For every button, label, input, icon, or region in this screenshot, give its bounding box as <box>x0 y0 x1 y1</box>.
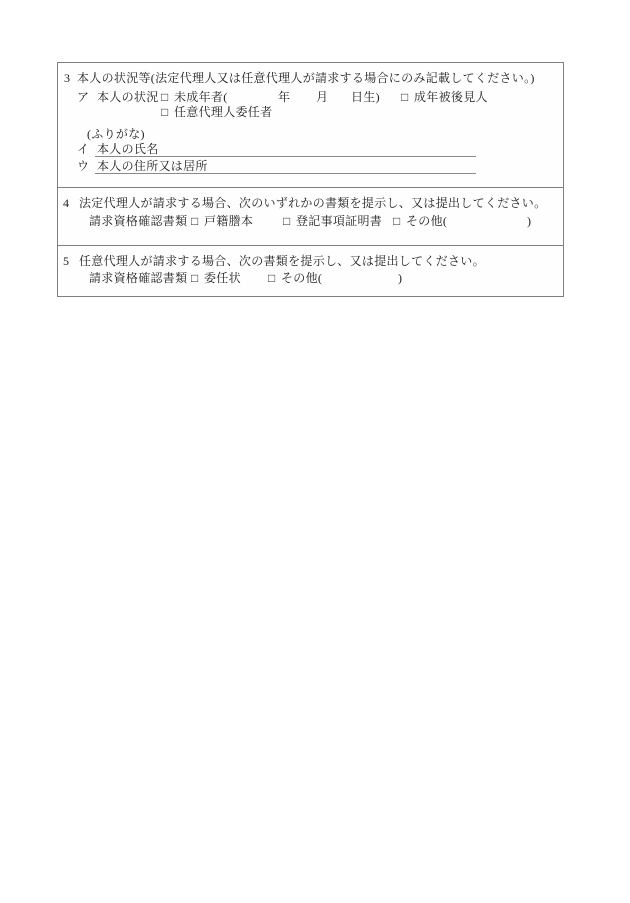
section3-row-i-kana: イ <box>77 142 89 156</box>
checkbox-minor-icon[interactable]: □ <box>161 90 169 104</box>
form-box: 3 本人の状況等(法定代理人又は任意代理人が請求する場合にのみ記載してください。… <box>57 62 564 297</box>
name-input-line[interactable]: 本人の氏名 <box>95 142 476 157</box>
birth-month-label: 月 <box>316 90 328 104</box>
checkbox-power-of-attorney-label: 委任状 <box>204 271 241 285</box>
checkbox-power-of-attorney-icon[interactable]: □ <box>191 271 199 285</box>
checkbox-registry-certificate-label: 登記事項証明書 <box>296 214 382 228</box>
section4-doc-type-label: 請求資格確認書類 <box>89 214 187 228</box>
section5-close-paren: ) <box>398 271 402 285</box>
section4-title: 法定代理人が請求する場合、次のいずれかの書類を提示し、又は提出してください。 <box>79 196 546 210</box>
section5-doc-type-label: 請求資格確認書類 <box>89 271 187 285</box>
checkbox-voluntary-delegator-label: 任意代理人委任者 <box>174 105 272 119</box>
checkbox-minor-label: 未成年者( <box>174 90 228 104</box>
section3-number: 3 <box>64 71 70 85</box>
checkbox-family-register-label: 戸籍謄本 <box>204 214 253 228</box>
birth-year-label: 年 <box>278 90 290 104</box>
checkbox-voluntary-delegator-icon[interactable]: □ <box>161 105 169 119</box>
checkbox-section5-other-label: その他( <box>281 271 322 285</box>
section4-close-paren: ) <box>527 214 531 228</box>
section3-row-a-label: 本人の状況 <box>97 90 159 104</box>
section3-title: 本人の状況等(法定代理人又は任意代理人が請求する場合にのみ記載してください。) <box>77 71 535 85</box>
name-field-label: 本人の氏名 <box>97 142 159 156</box>
address-field-label: 本人の住所又は居所 <box>97 159 208 173</box>
checkbox-section4-other-label: その他( <box>406 214 447 228</box>
section-divider-2 <box>57 245 564 246</box>
section3-row-u-kana: ウ <box>77 159 89 173</box>
section5-title: 任意代理人が請求する場合、次の書類を提示し、又は提出してください。 <box>79 254 485 268</box>
section4-number: 4 <box>63 196 69 210</box>
checkbox-adult-ward-label: 成年被後見人 <box>414 90 488 104</box>
birth-day-label: 日生) <box>351 90 380 104</box>
document-page: 3 本人の状況等(法定代理人又は任意代理人が請求する場合にのみ記載してください。… <box>0 0 630 903</box>
section5-number: 5 <box>63 254 69 268</box>
checkbox-section4-other-icon[interactable]: □ <box>393 214 401 228</box>
checkbox-registry-certificate-icon[interactable]: □ <box>283 214 291 228</box>
checkbox-family-register-icon[interactable]: □ <box>191 214 199 228</box>
checkbox-section5-other-icon[interactable]: □ <box>268 271 276 285</box>
furigana-label: (ふりがな) <box>87 127 145 141</box>
address-input-line[interactable]: 本人の住所又は居所 <box>95 159 476 174</box>
section-divider-1 <box>57 187 564 188</box>
section3-row-a-kana: ア <box>77 90 89 104</box>
checkbox-adult-ward-icon[interactable]: □ <box>401 90 409 104</box>
